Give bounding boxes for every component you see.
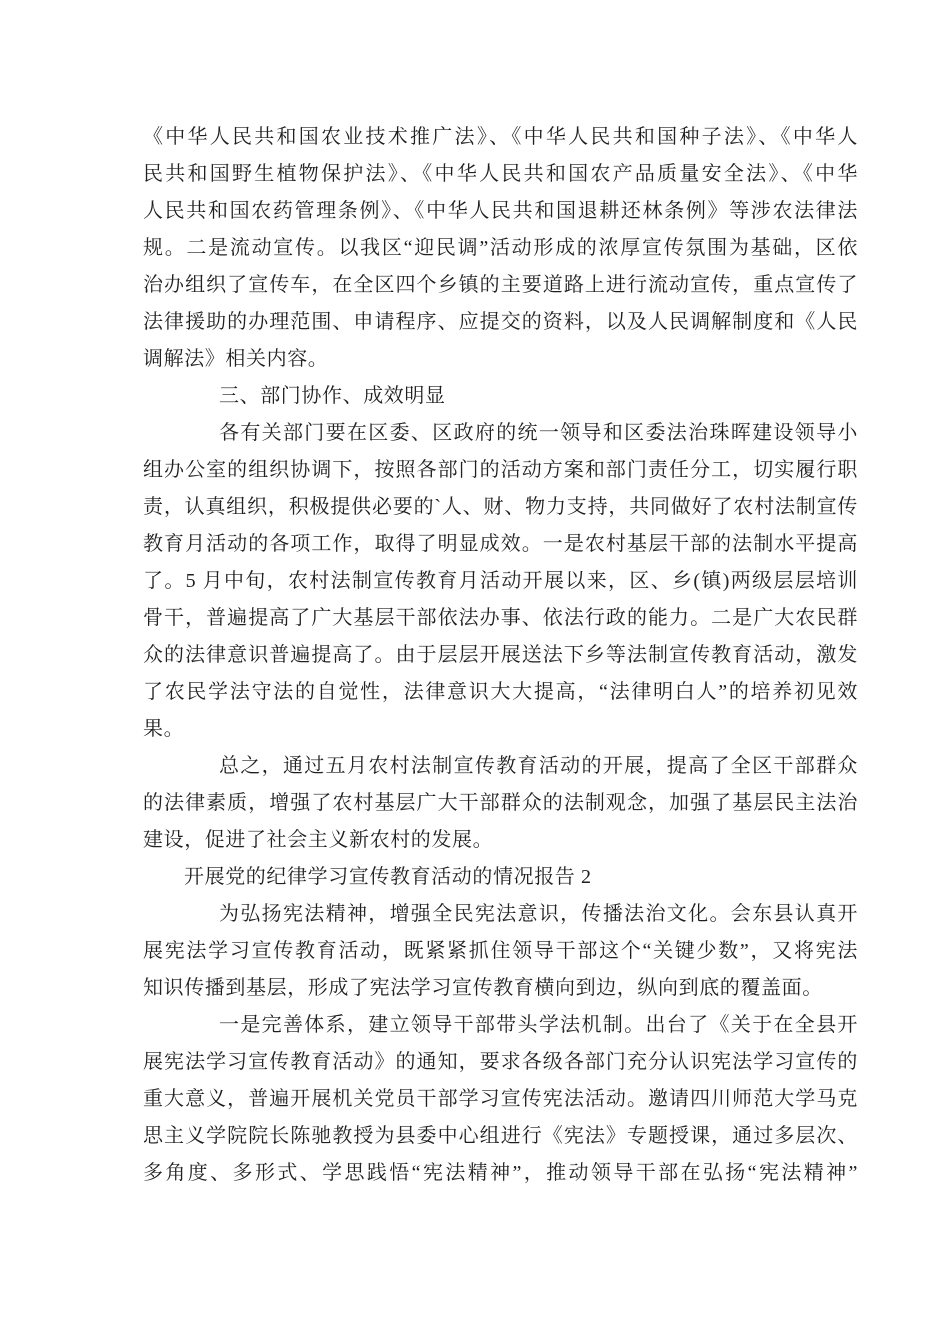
text-line: 《中华人民共和国农业技术推广法》、《中华人民共和国种子法》、《中华人 [143,119,858,156]
text-line: 三、部门协作、成效明显 [143,378,858,415]
text-line: 教育月活动的各项工作，取得了明显成效。一是农村基层干部的法制水平提高 [143,526,858,563]
text-line: 治办组织了宣传车，在全区四个乡镇的主要道路上进行流动宣传，重点宣传了 [143,267,858,304]
text-line: 组办公室的组织协调下，按照各部门的活动方案和部门责任分工，切实履行职 [143,452,858,489]
text-line: 法律援助的办理范围、申请程序、应提交的资料，以及人民调解制度和《人民 [143,304,858,341]
text-line: 展宪法学习宣传教育活动，既紧紧抓住领导干部这个“关键少数”，又将宪法 [143,933,858,970]
text-line: 人民共和国农药管理条例》、《中华人民共和国退耕还林条例》等涉农法律法 [143,193,858,230]
text-line: 展宪法学习宣传教育活动》的通知，要求各级各部门充分认识宪法学习宣传的 [143,1044,858,1081]
text-line: 了农民学法守法的自觉性，法律意识大大提高，“法律明白人”的培养初见效 [143,674,858,711]
text-line: 各有关部门要在区委、区政府的统一领导和区委法治珠晖建设领导小 [143,415,858,452]
text-line: 骨干，普遍提高了广大基层干部依法办事、依法行政的能力。二是广大农民群 [143,600,858,637]
text-line: 责，认真组织，积极提供必要的`人、财、物力支持，共同做好了农村法制宣传 [143,489,858,526]
paragraph: 总之，通过五月农村法制宣传教育活动的开展，提高了全区干部群众的法律素质，增强了农… [143,748,858,859]
text-line: 知识传播到基层，形成了宪法学习宣传教育横向到边，纵向到底的覆盖面。 [143,970,858,1007]
text-line: 民共和国野生植物保护法》、《中华人民共和国农产品质量安全法》、《中华 [143,156,858,193]
paragraph: 三、部门协作、成效明显 [143,378,858,415]
paragraph: 各有关部门要在区委、区政府的统一领导和区委法治珠晖建设领导小组办公室的组织协调下… [143,415,858,748]
section-title-line: 开展党的纪律学习宣传教育活动的情况报告 2 [143,859,858,896]
paragraph: 一是完善体系，建立领导干部带头学法机制。出台了《关于在全县开展宪法学习宣传教育活… [143,1007,858,1192]
text-line: 一是完善体系，建立领导干部带头学法机制。出台了《关于在全县开 [143,1007,858,1044]
text-line: 果。 [143,711,858,748]
text-line: 思主义学院院长陈驰教授为县委中心组进行《宪法》专题授课，通过多层次、 [143,1118,858,1155]
text-line: 总之，通过五月农村法制宣传教育活动的开展，提高了全区干部群众 [143,748,858,785]
text-line: 了。5 月中旬，农村法制宣传教育月活动开展以来，区、乡(镇)两级层层培训 [143,563,858,600]
text-line: 的法律素质，增强了农村基层广大干部群众的法制观念，加强了基层民主法治 [143,785,858,822]
document-page: 《中华人民共和国农业技术推广法》、《中华人民共和国种子法》、《中华人民共和国野生… [0,0,950,1344]
text-line: 重大意义，普遍开展机关党员干部学习宣传宪法活动。邀请四川师范大学马克 [143,1081,858,1118]
text-line: 众的法律意识普遍提高了。由于层层开展送法下乡等法制宣传教育活动，激发 [143,637,858,674]
text-line: 规。二是流动宣传。以我区“迎民调”活动形成的浓厚宣传氛围为基础，区依 [143,230,858,267]
text-line: 调解法》相关内容。 [143,341,858,378]
text-line: 建设，促进了社会主义新农村的发展。 [143,822,858,859]
paragraph: 《中华人民共和国农业技术推广法》、《中华人民共和国种子法》、《中华人民共和国野生… [143,119,858,378]
document-body: 《中华人民共和国农业技术推广法》、《中华人民共和国种子法》、《中华人民共和国野生… [143,119,858,1192]
paragraph: 为弘扬宪法精神，增强全民宪法意识，传播法治文化。会东县认真开展宪法学习宣传教育活… [143,896,858,1007]
text-line: 多角度、多形式、学思践悟“宪法精神”，推动领导干部在弘扬“宪法精神” [143,1155,858,1192]
section-title-paragraph: 开展党的纪律学习宣传教育活动的情况报告 2 [143,859,858,896]
text-line: 为弘扬宪法精神，增强全民宪法意识，传播法治文化。会东县认真开 [143,896,858,933]
